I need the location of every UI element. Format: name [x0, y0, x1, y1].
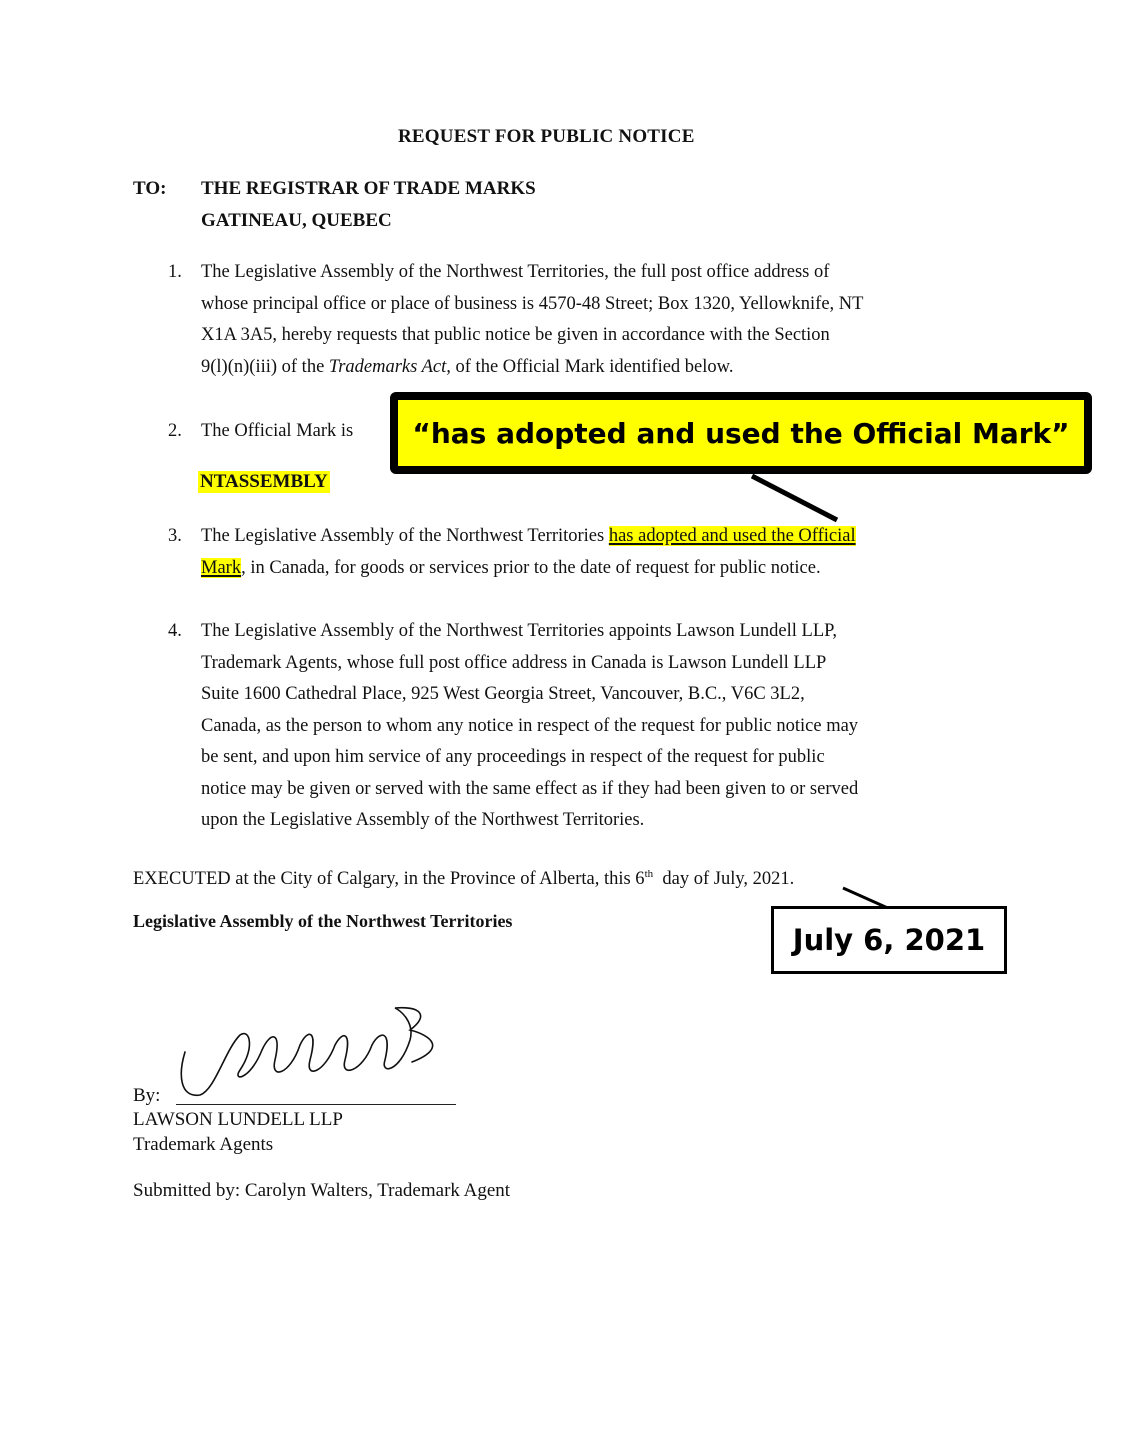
- text-span: EXECUTED at the City of Calgary, in the …: [133, 869, 645, 889]
- item-4-line: Canada, as the person to whom any notice…: [201, 711, 858, 743]
- agent-name: LAWSON LUNDELL LLP: [133, 1109, 343, 1131]
- by-label: By:: [133, 1085, 160, 1107]
- item-1-text: The Legislative Assembly of the Northwes…: [201, 257, 863, 383]
- signatory-organization: Legislative Assembly of the Northwest Te…: [133, 911, 512, 932]
- item-4-line: notice may be given or served with the s…: [201, 774, 858, 806]
- text-span: day of July, 2021.: [653, 869, 794, 889]
- item-4-line: Trademark Agents, whose full post office…: [201, 648, 858, 680]
- addressee-line-2: GATINEAU, QUEBEC: [201, 210, 392, 232]
- addressee-line-1: THE REGISTRAR OF TRADE MARKS: [201, 178, 536, 200]
- item-1-line: X1A 3A5, hereby requests that public not…: [201, 320, 863, 352]
- item-1-line: whose principal office or place of busin…: [201, 289, 863, 321]
- item-4-number: 4.: [168, 621, 182, 642]
- date-callout: July 6, 2021: [771, 906, 1007, 974]
- item-2-number: 2.: [168, 421, 182, 442]
- item-3-number: 3.: [168, 526, 182, 547]
- submitted-by: Submitted by: Carolyn Walters, Trademark…: [133, 1180, 510, 1202]
- item-4-line: The Legislative Assembly of the Northwes…: [201, 616, 858, 648]
- official-mark-highlight: NTASSEMBLY: [198, 471, 330, 493]
- signature-line: [176, 1104, 456, 1105]
- text-span: The Legislative Assembly of the Northwes…: [201, 526, 609, 546]
- executed-line: EXECUTED at the City of Calgary, in the …: [133, 859, 794, 896]
- act-name: Trademarks Act,: [329, 357, 451, 377]
- text-span: of the Official Mark identified below.: [451, 357, 734, 377]
- item-4-text: The Legislative Assembly of the Northwes…: [201, 616, 858, 837]
- item-4-line: Suite 1600 Cathedral Place, 925 West Geo…: [201, 679, 858, 711]
- highlighted-phrase: Mark: [201, 558, 241, 578]
- highlighted-phrase: has adopted and used the Official: [609, 526, 856, 546]
- text-span: , in Canada, for goods or services prior…: [241, 558, 821, 578]
- item-1-line: The Legislative Assembly of the Northwes…: [201, 257, 863, 289]
- item-3-line: Mark, in Canada, for goods or services p…: [201, 553, 856, 585]
- item-1-number: 1.: [168, 262, 182, 283]
- text-span: 9(l)(n)(iii) of the: [201, 357, 329, 377]
- item-1-line: 9(l)(n)(iii) of the Trademarks Act, of t…: [201, 352, 863, 384]
- ordinal-suffix: th: [645, 868, 654, 880]
- quote-callout: “has adopted and used the Official Mark”: [390, 392, 1092, 474]
- to-label: TO:: [133, 178, 166, 200]
- document-title: REQUEST FOR PUBLIC NOTICE: [398, 126, 695, 148]
- item-2-text: The Official Mark is: [201, 416, 353, 448]
- item-4-line: upon the Legislative Assembly of the Nor…: [201, 805, 858, 837]
- agent-role: Trademark Agents: [133, 1134, 273, 1156]
- item-3-text: The Legislative Assembly of the Northwes…: [201, 521, 856, 584]
- item-4-line: be sent, and upon him service of any pro…: [201, 742, 858, 774]
- item-3-line: The Legislative Assembly of the Northwes…: [201, 521, 856, 553]
